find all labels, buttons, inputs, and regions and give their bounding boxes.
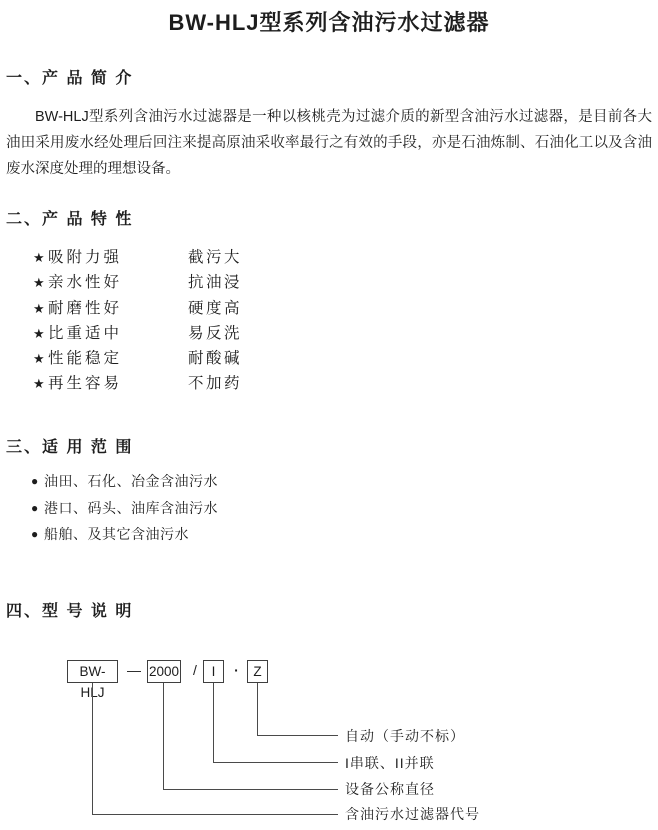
star-icon: ★ [33,321,45,346]
features-list: ★ 吸附力强 截污大 ★ 亲水性好 抗油浸 ★ 耐磨性好 硬度高 ★ 比重适中 … [0,245,658,397]
dot-separator: · [230,660,243,683]
feature-property: 亲水性好 [48,270,122,295]
intro-paragraph: BW-HLJ型系列含油污水过滤器是一种以核桃壳为过滤介质的新型含油污水过滤器，是… [6,104,652,182]
connector-hline-auto [257,735,338,736]
feature-property: 耐磨性好 [48,296,122,321]
scope-item-text: 港口、码头、油库含油污水 [44,495,218,522]
star-icon: ★ [33,296,45,321]
circle-bullet-icon: ● [31,495,38,522]
scope-item-text: 油田、石化、冶金含油污水 [44,468,218,495]
feature-row: ★ 再生容易 不加药 [0,371,658,396]
callout-label-series-code: 含油污水过滤器代号 [345,806,480,822]
section-heading-scope: 三、适 用 范 围 [6,438,133,457]
section-heading-intro: 一、产 品 简 介 [6,69,133,88]
model-box-auto-flag: Z [247,660,268,683]
list-item: ● 港口、码头、油库含油污水 [0,495,658,522]
feature-property: 再生容易 [48,371,122,396]
section-heading-features: 二、产 品 特 性 [6,210,133,229]
slash-separator: / [188,660,202,683]
callout-label-diameter: 设备公称直径 [345,781,435,797]
star-icon: ★ [33,270,45,295]
callout-label-auto: 自动（手动不标） [345,728,465,744]
list-item: ● 船舶、及其它含油污水 [0,521,658,548]
connector-hline-series [92,814,338,815]
feature-property: 吸附力强 [48,245,122,270]
feature-row: ★ 吸附力强 截污大 [0,245,658,270]
scope-item-text: 船舶、及其它含油污水 [44,521,189,548]
model-box-diameter: 2000 [147,660,181,683]
page-title: BW-HLJ型系列含油污水过滤器 [0,6,658,37]
feature-benefit: 截污大 [188,245,242,270]
star-icon: ★ [33,245,45,270]
connector-vline-series [92,683,93,814]
connector-hline-mode [213,762,338,763]
feature-row: ★ 耐磨性好 硬度高 [0,296,658,321]
document-page: BW-HLJ型系列含油污水过滤器 一、产 品 简 介 BW-HLJ型系列含油污水… [0,0,658,830]
connector-hline-diameter [163,789,338,790]
scope-list: ● 油田、石化、冶金含油污水 ● 港口、码头、油库含油污水 ● 船舶、及其它含油… [0,468,658,548]
feature-benefit: 不加药 [188,371,242,396]
model-box-series-code: BW-HLJ [67,660,118,683]
circle-bullet-icon: ● [31,521,38,548]
feature-row: ★ 性能稳定 耐酸碱 [0,346,658,371]
feature-property: 比重适中 [48,321,122,346]
feature-property: 性能稳定 [48,346,122,371]
dash-separator: — [124,660,144,683]
connector-vline-diameter [163,683,164,789]
feature-benefit: 易反洗 [188,321,242,346]
star-icon: ★ [33,371,45,396]
star-icon: ★ [33,346,45,371]
feature-benefit: 抗油浸 [188,270,242,295]
feature-row: ★ 亲水性好 抗油浸 [0,270,658,295]
model-box-connection-mode: I [203,660,224,683]
list-item: ● 油田、石化、冶金含油污水 [0,468,658,495]
section-heading-model: 四、型 号 说 明 [6,602,133,621]
feature-benefit: 耐酸碱 [188,346,242,371]
connector-vline-auto [257,683,258,735]
feature-row: ★ 比重适中 易反洗 [0,321,658,346]
feature-benefit: 硬度高 [188,296,242,321]
circle-bullet-icon: ● [31,468,38,495]
connector-vline-mode [213,683,214,762]
callout-label-connection-mode: I串联、II并联 [345,755,435,771]
